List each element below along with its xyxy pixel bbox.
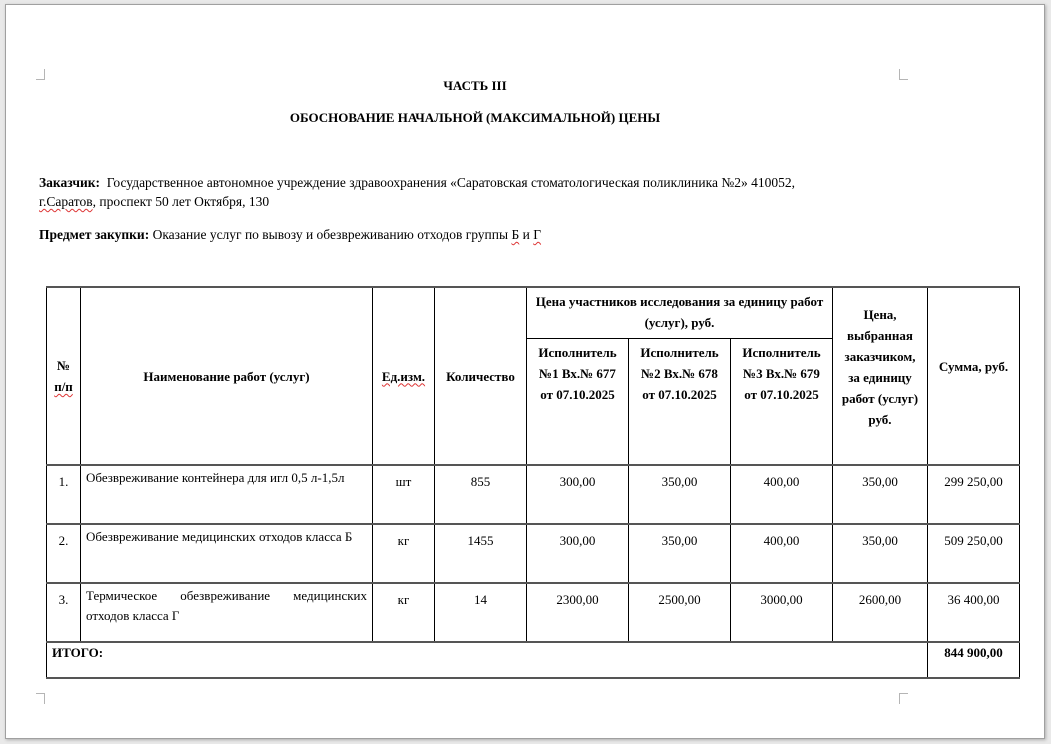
header-chosen-price: Цена, выбранная заказчиком, за единицу р… [833,287,928,465]
margin-corner-mark [899,693,908,704]
header-executor-1: Исполнитель №1 Вх.№ 677 от 07.10.2025 [527,338,629,465]
row-qty: 14 [435,583,527,642]
header-participants-group: Цена участников исследования за единицу … [527,287,833,338]
row-unit: кг [373,583,435,642]
header-unit-text: Ед.изм. [382,369,425,384]
customer-paragraph: Заказчик: Государственное автономное учр… [39,173,909,211]
main-title: ОБОСНОВАНИЕ НАЧАЛЬНОЙ (МАКСИМАЛЬНОЙ) ЦЕН… [6,110,944,126]
part-title: ЧАСТЬ III [6,78,944,94]
row-num: 1. [47,465,81,524]
row-executor-1: 2300,00 [527,583,629,642]
row-sum: 509 250,00 [928,524,1020,583]
table-row: 2. Обезвреживание медицинских отходов кл… [47,524,1020,583]
row-executor-2: 2500,00 [629,583,731,642]
row-executor-2: 350,00 [629,465,731,524]
subject-paragraph: Предмет закупки: Оказание услуг по вывоз… [39,225,909,244]
subject-group-g: Г [533,227,541,242]
total-row: ИТОГО: 844 900,00 [47,642,1020,678]
row-name: Термическое обезвреживание медицинских о… [81,583,373,642]
header-executor-2: Исполнитель №2 Вх.№ 678 от 07.10.2025 [629,338,731,465]
row-qty: 855 [435,465,527,524]
row-sum: 36 400,00 [928,583,1020,642]
row-name: Обезвреживание медицинских отходов класс… [81,524,373,583]
header-sum: Сумма, руб. [928,287,1020,465]
row-executor-3: 3000,00 [731,583,833,642]
row-num: 3. [47,583,81,642]
header-name: Наименование работ (услуг) [81,287,373,465]
document-page: ЧАСТЬ III ОБОСНОВАНИЕ НАЧАЛЬНОЙ (МАКСИМА… [5,4,1045,739]
header-qty: Количество [435,287,527,465]
table-header-row: № п/п Наименование работ (услуг) Ед.изм.… [47,287,1020,338]
table-row: 1. Обезвреживание контейнера для игл 0,5… [47,465,1020,524]
header-num-symbol: № [57,358,70,373]
subject-label: Предмет закупки: [39,227,149,242]
row-sum: 299 250,00 [928,465,1020,524]
row-num: 2. [47,524,81,583]
row-name: Обезвреживание контейнера для игл 0,5 л-… [81,465,373,524]
subject-conjunction: и [519,227,533,242]
row-unit: шт [373,465,435,524]
subject-text: Оказание услуг по вывозу и обезвреживани… [153,227,512,242]
header-unit: Ед.изм. [373,287,435,465]
customer-text: Государственное автономное учреждение зд… [107,175,795,190]
row-qty: 1455 [435,524,527,583]
row-executor-2: 350,00 [629,524,731,583]
total-label: ИТОГО: [47,642,928,678]
total-value: 844 900,00 [928,642,1020,678]
row-chosen-price: 350,00 [833,465,928,524]
row-executor-3: 400,00 [731,524,833,583]
row-executor-1: 300,00 [527,465,629,524]
header-num-abbr: п/п [54,379,73,394]
customer-label: Заказчик: [39,175,100,190]
header-num: № п/п [47,287,81,465]
row-executor-3: 400,00 [731,465,833,524]
table-row: 3. Термическое обезвреживание медицински… [47,583,1020,642]
row-chosen-price: 2600,00 [833,583,928,642]
customer-address: , проспект 50 лет Октября, 130 [93,194,269,209]
customer-city: г.Саратов [39,194,93,209]
row-executor-1: 300,00 [527,524,629,583]
price-justification-table: № п/п Наименование работ (услуг) Ед.изм.… [46,286,1020,679]
header-executor-3: Исполнитель №3 Вх.№ 679 от 07.10.2025 [731,338,833,465]
row-chosen-price: 350,00 [833,524,928,583]
row-unit: кг [373,524,435,583]
margin-corner-mark [36,693,45,704]
